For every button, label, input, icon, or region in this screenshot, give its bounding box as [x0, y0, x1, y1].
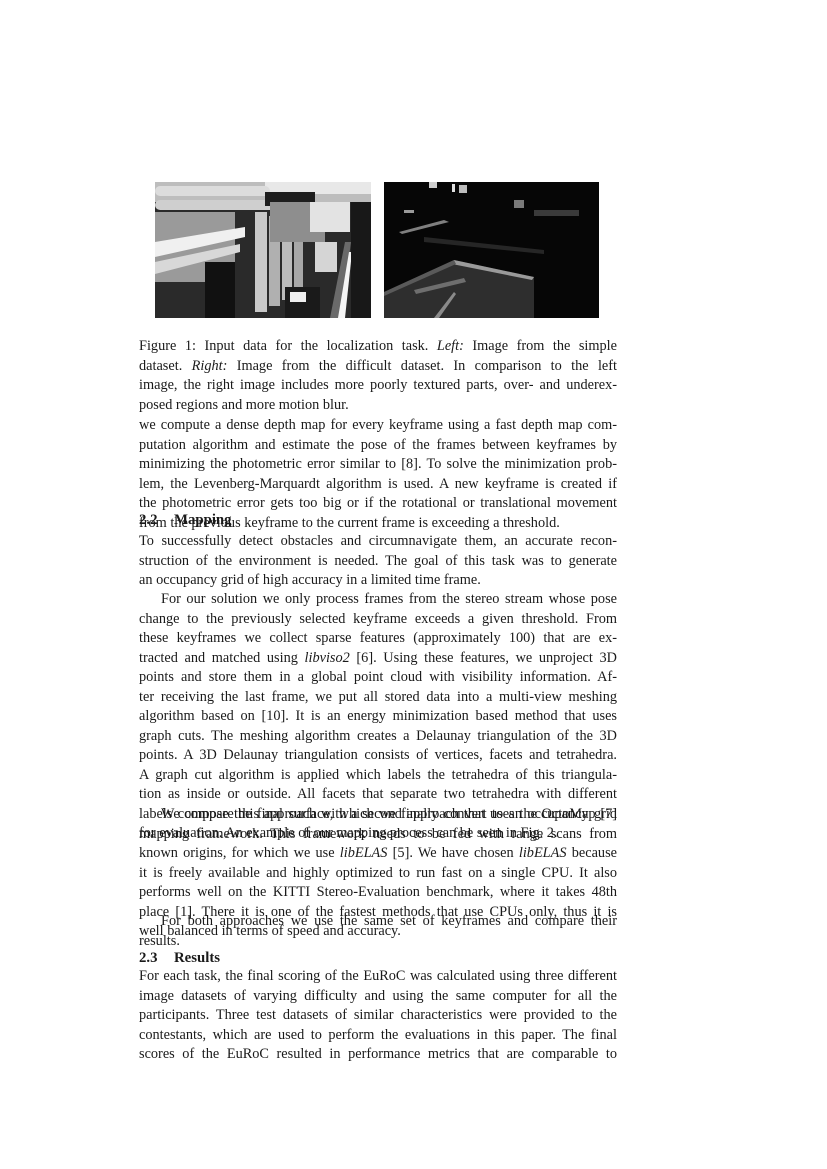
text-line: graph cuts. The meshing algorithm create… [139, 727, 617, 747]
libelas-term: libELAS [519, 845, 567, 861]
text-line: an occupancy grid of high accuracy in a … [139, 571, 617, 591]
text-line: points. A 3D Delaunay triangulation cons… [139, 746, 617, 766]
text-line: these keyframes we collect sparse featur… [139, 629, 617, 649]
text-line: it is freely available and highly optimi… [139, 864, 617, 884]
section-heading-mapping: 2.2Mapping [139, 512, 232, 529]
machine-hall-difficult-image [384, 182, 599, 318]
mapping-paragraph-4: For both approaches we use the same set … [139, 912, 617, 951]
text-line: mapping framework. This framework needs … [139, 825, 617, 845]
section-title: Results [174, 950, 220, 966]
text-line: For each task, the final scoring of the … [139, 967, 617, 987]
text-line: minimizing the photometric error similar… [139, 455, 617, 475]
text-line: tion as inside or outside. All facets th… [139, 785, 617, 805]
caption-line: image, the right image includes more poo… [139, 376, 617, 396]
text-line: scores of the EuRoC resulted in performa… [139, 1045, 617, 1065]
text-line: We compare this approach with a second a… [139, 805, 617, 825]
text-line: contestants, which are used to perform t… [139, 1026, 617, 1046]
figure-1-left-image [155, 182, 371, 318]
text-line: algorithm based on [10]. It is an energy… [139, 707, 617, 727]
text-line: points and store them in a global point … [139, 668, 617, 688]
text-line: tracted and matched using libviso2 [6]. … [139, 649, 617, 669]
libviso2-term: libviso2 [305, 650, 350, 666]
text-line: image datasets of varying difficulty and… [139, 987, 617, 1007]
caption-line: Figure 1: Input data for the localizatio… [139, 337, 617, 357]
text-line: results. [139, 932, 617, 952]
text-line: A graph cut algorithm is applied which l… [139, 766, 617, 786]
figure-1-caption: Figure 1: Input data for the localizatio… [139, 337, 617, 415]
text-line: To successfully detect obstacles and cir… [139, 532, 617, 552]
results-paragraph-1: For each task, the final scoring of the … [139, 967, 617, 1065]
text-line: the photometric error gets too big or if… [139, 494, 617, 514]
caption-line: posed regions and more motion blur. [139, 396, 617, 416]
figure-1-right-image [384, 182, 599, 318]
mapping-paragraph-1: To successfully detect obstacles and cir… [139, 532, 617, 591]
text-line: known origins, for which we use libELAS … [139, 844, 617, 864]
text-line: lem, the Levenberg-Marquardt algorithm i… [139, 475, 617, 495]
text-line: For both approaches we use the same set … [139, 912, 617, 932]
section-heading-results: 2.3Results [139, 950, 220, 967]
text-line: performs well on the KITTI Stereo-Evalua… [139, 883, 617, 903]
machine-hall-simple-image [155, 182, 371, 318]
text-line: change to the previously selected keyfra… [139, 610, 617, 630]
text-line: struction of the environment is needed. … [139, 552, 617, 572]
libelas-term: libELAS [340, 845, 388, 861]
text-line: we compute a dense depth map for every k… [139, 416, 617, 436]
text-line: participants. Three test datasets of sim… [139, 1006, 617, 1026]
text-line: putation algorithm and estimate the pose… [139, 436, 617, 456]
section-number: 2.2 [139, 512, 174, 529]
text-line: For our solution we only process frames … [139, 590, 617, 610]
section-title: Mapping [174, 512, 232, 528]
section-number: 2.3 [139, 950, 174, 967]
text-line: ter receiving the last frame, we put all… [139, 688, 617, 708]
caption-line: dataset. Right: Image from the difficult… [139, 357, 617, 377]
